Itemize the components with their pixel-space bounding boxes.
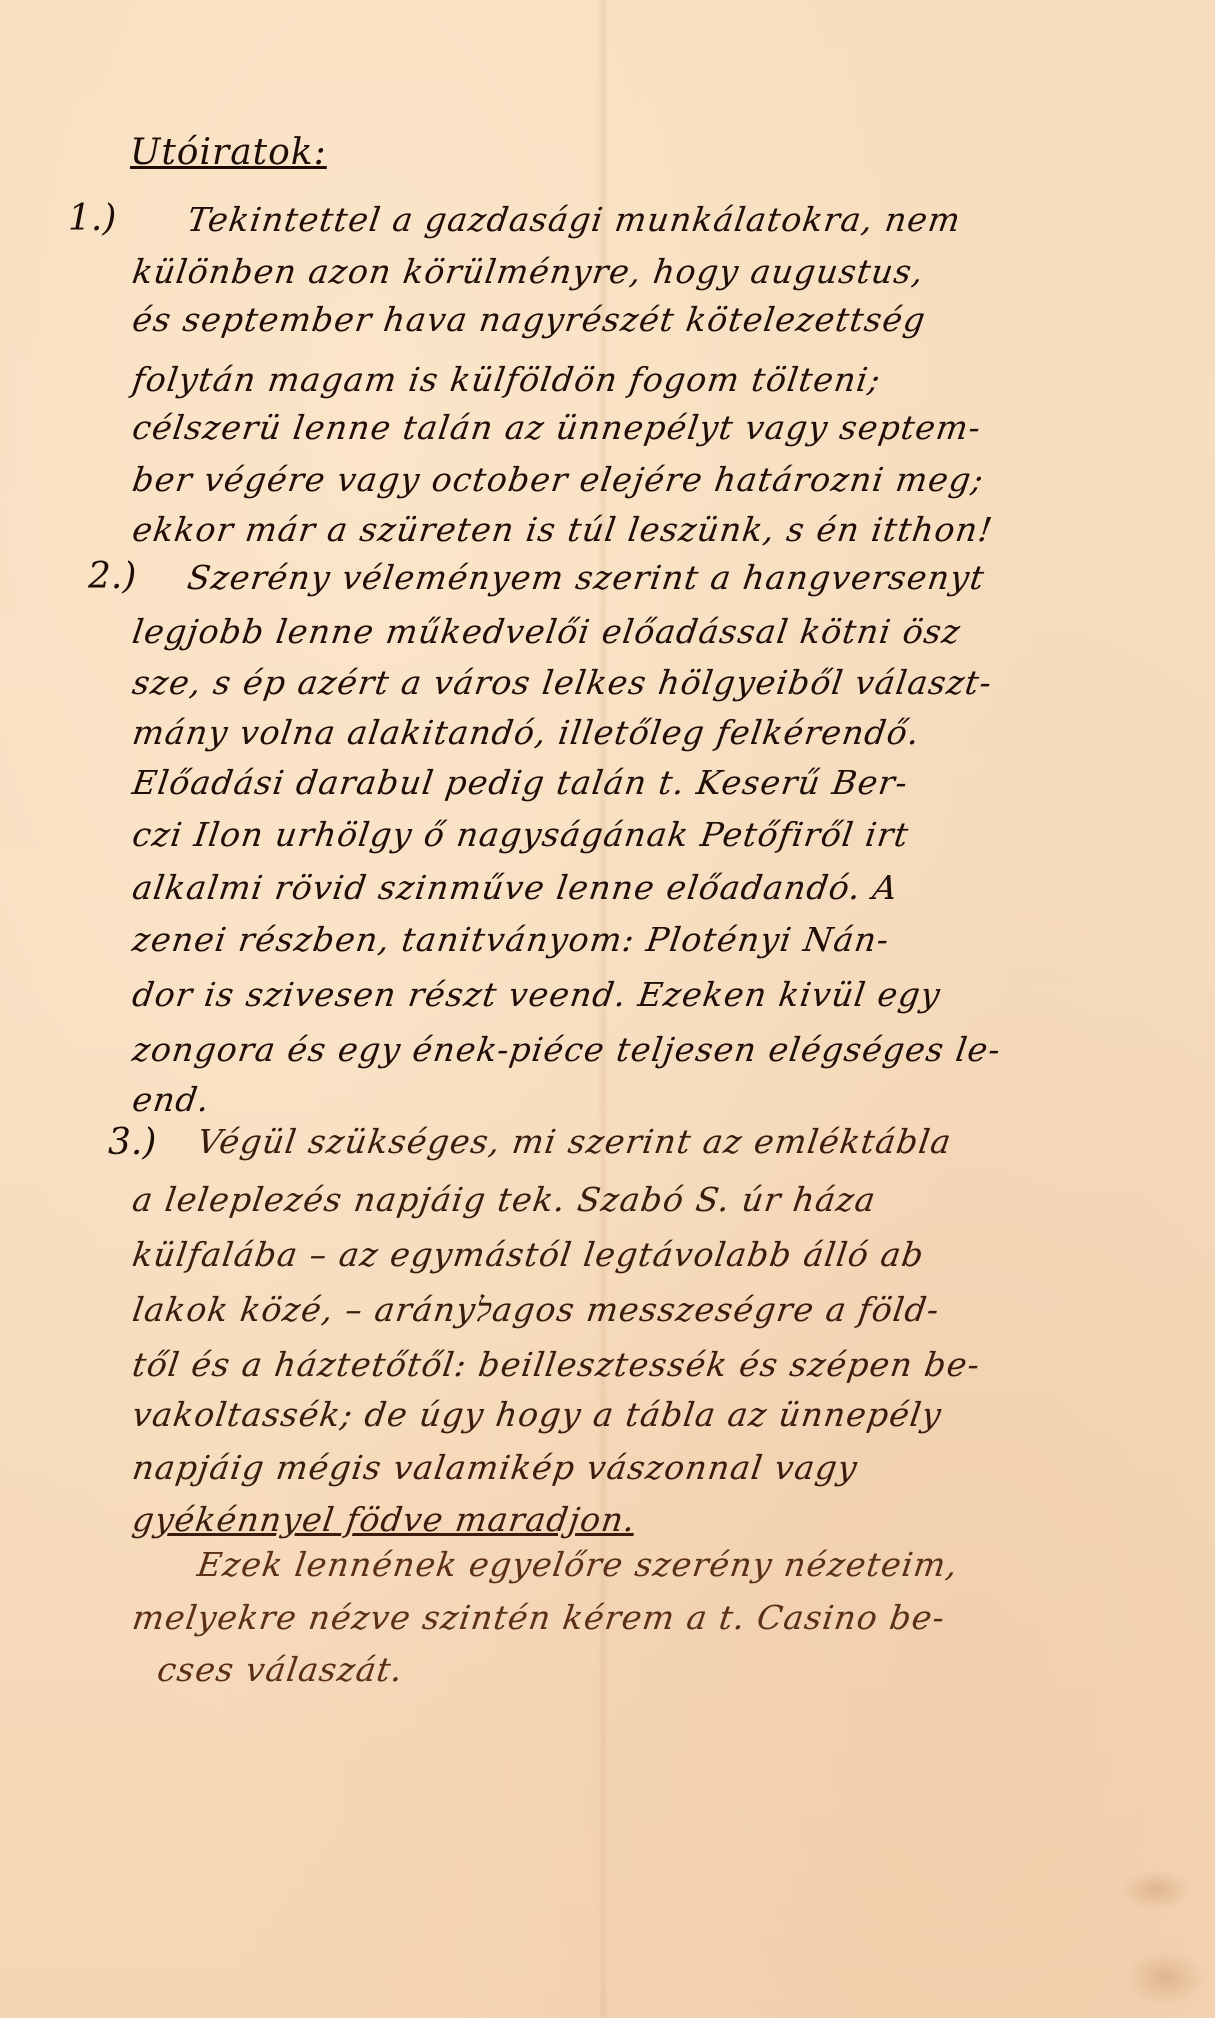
manuscript-line: külfalába – az egymástól legtávolabb áll…: [130, 1235, 927, 1274]
fingerprint-stain: [1125, 1950, 1205, 2005]
manuscript-line: legjobb lenne műkedvelői előadással kötn…: [130, 612, 964, 651]
manuscript-line: napjáig mégis valamikép vászonnal vagy: [130, 1448, 860, 1487]
section-number-3: 3.): [108, 1122, 156, 1163]
manuscript-page: Utóiratok: 1.) Tekintettel a gazdasági m…: [0, 0, 1215, 2018]
manuscript-line: mány volna alakitandó, illetőleg felkére…: [130, 713, 923, 752]
manuscript-line: ber végére vagy october elejére határozn…: [130, 460, 987, 499]
manuscript-line: sze, s ép azért a város lelkes hölgyeibő…: [130, 663, 995, 702]
manuscript-line: end.: [130, 1080, 213, 1119]
manuscript-line: a leleplezés napjáig tek. Szabó S. úr há…: [130, 1180, 879, 1219]
section-number-2: 2.): [88, 556, 136, 597]
manuscript-line: különben azon körülményre, hogy augustus…: [130, 252, 927, 291]
manuscript-line: folytán magam is külföldön fogom tölteni…: [130, 360, 884, 399]
manuscript-line: Szerény véleményem szerint a hangverseny…: [185, 558, 987, 597]
manuscript-line: Tekintettel a gazdasági munkálatokra, ne…: [185, 200, 964, 239]
manuscript-line: czi Ilon urhölgy ő nagyságának Petőfiről…: [130, 815, 912, 854]
manuscript-line: dor is szivesen részt veend. Ezeken kivü…: [130, 975, 943, 1014]
section-number-1: 1.): [68, 198, 116, 239]
closing-line: melyekre nézve szintén kérem a t. Casino…: [130, 1598, 948, 1637]
manuscript-line: zenei részben, tanitványom: Plotényi Nán…: [130, 920, 892, 959]
manuscript-line: Előadási darabul pedig talán t. Keserű B…: [130, 763, 911, 802]
manuscript-line: zongora és egy ének-piéce teljesen elégs…: [130, 1030, 1004, 1069]
manuscript-line: vakoltassék; de úgy hogy a tábla az ünne…: [130, 1395, 945, 1434]
manuscript-line: ekkor már a szüreten is túl leszünk, s é…: [130, 510, 996, 549]
closing-line: cses válaszát.: [155, 1650, 406, 1689]
manuscript-line: és september hava nagyrészét kötelezetts…: [130, 300, 929, 339]
closing-line: Ezek lennének egyelőre szerény nézeteim,: [195, 1545, 961, 1584]
manuscript-heading: Utóiratok:: [130, 132, 327, 173]
manuscript-line: től és a háztetőtől: beillesztessék és s…: [130, 1345, 983, 1384]
manuscript-line: Végül szükséges, mi szerint az emléktábl…: [195, 1122, 954, 1161]
manuscript-line: lakok közé, – arányלagos messzeségre a f…: [130, 1290, 942, 1330]
manuscript-line: gyékénnyel födve maradjon.: [130, 1500, 638, 1539]
manuscript-line: célszerü lenne talán az ünnepélyt vagy s…: [130, 408, 984, 447]
fingerprint-stain: [1120, 1870, 1190, 1910]
manuscript-line: alkalmi rövid szinműve lenne előadandó. …: [130, 868, 901, 907]
